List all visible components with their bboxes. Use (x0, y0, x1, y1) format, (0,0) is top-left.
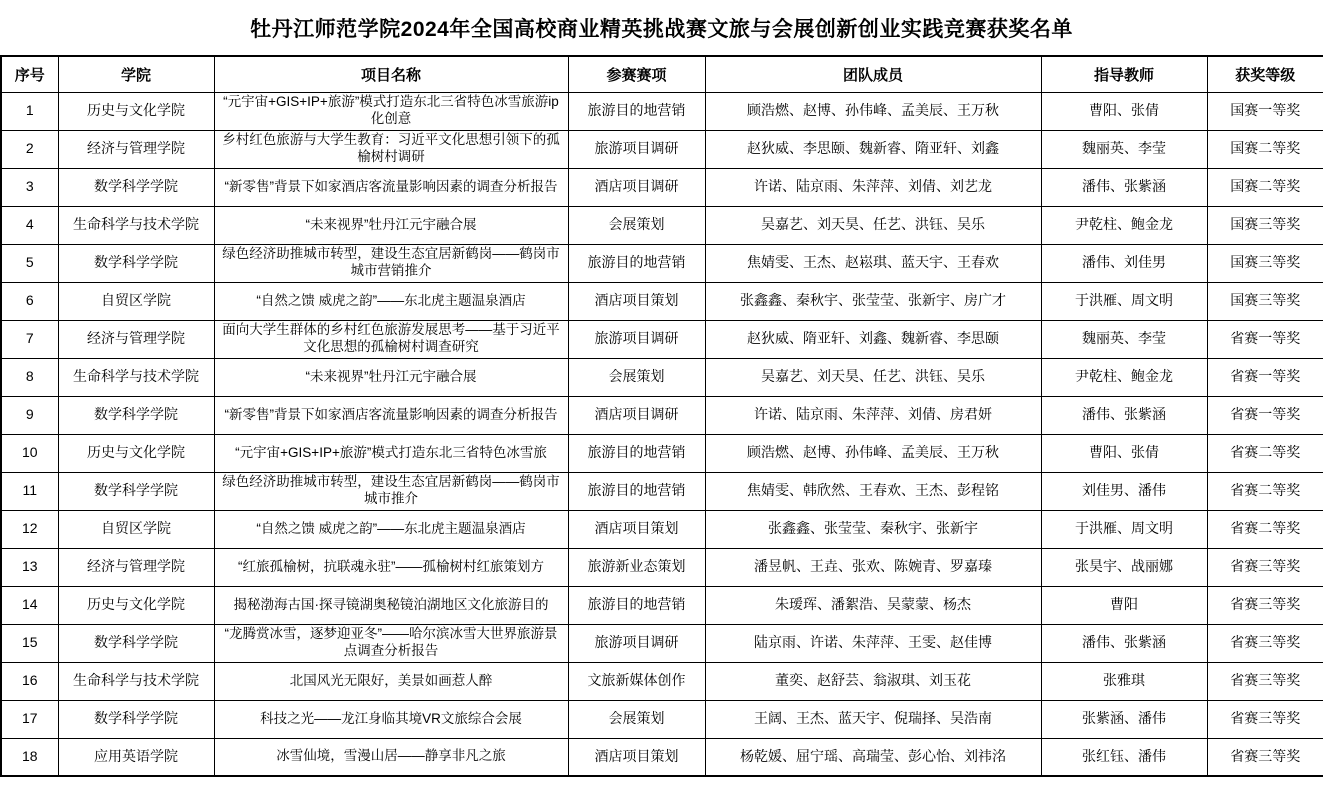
cell-members: 吴嘉艺、刘天昊、任艺、洪钰、吴乐 (705, 358, 1041, 396)
cell-members: 陆京雨、许诺、朱萍萍、王雯、赵佳博 (705, 624, 1041, 662)
cell-event: 旅游目的地营销 (568, 434, 705, 472)
cell-no: 13 (1, 548, 58, 586)
table-row: 1 历史与文化学院 “元宇宙+GIS+IP+旅游”模式打造东北三省特色冰雪旅游i… (1, 92, 1323, 130)
cell-no: 2 (1, 130, 58, 168)
cell-advisors: 张雅琪 (1041, 662, 1207, 700)
cell-members: 董奕、赵舒芸、翁淑琪、刘玉花 (705, 662, 1041, 700)
table-body: 1 历史与文化学院 “元宇宙+GIS+IP+旅游”模式打造东北三省特色冰雪旅游i… (1, 92, 1323, 776)
cell-no: 18 (1, 738, 58, 776)
page-title: 牡丹江师范学院2024年全国高校商业精英挑战赛文旅与会展创新创业实践竞赛获奖名单 (0, 0, 1323, 55)
cell-event: 酒店项目策划 (568, 738, 705, 776)
cell-event: 旅游目的地营销 (568, 92, 705, 130)
cell-project: “自然之馈 威虎之韵”——东北虎主题温泉酒店 (214, 510, 568, 548)
column-header-college: 学院 (58, 56, 214, 92)
table-row: 15 数学科学学院 “龙腾赏冰雪，逐梦迎亚冬”——哈尔滨冰雪大世界旅游景点调查分… (1, 624, 1323, 662)
cell-advisors: 魏丽英、李莹 (1041, 320, 1207, 358)
cell-advisors: 尹乾柱、鲍金龙 (1041, 206, 1207, 244)
cell-project: 揭秘渤海古国·探寻镜湖奥秘镜泊湖地区文化旅游目的 (214, 586, 568, 624)
cell-college: 数学科学学院 (58, 700, 214, 738)
table-row: 13 经济与管理学院 “红旅孤榆树，抗联魂永驻”——孤榆树村红旅策划方 旅游新业… (1, 548, 1323, 586)
cell-advisors: 潘伟、张紫涵 (1041, 168, 1207, 206)
cell-advisors: 魏丽英、李莹 (1041, 130, 1207, 168)
cell-no: 9 (1, 396, 58, 434)
table-row: 14 历史与文化学院 揭秘渤海古国·探寻镜湖奥秘镜泊湖地区文化旅游目的 旅游目的… (1, 586, 1323, 624)
cell-project: 绿色经济助推城市转型，建设生态宜居新鹤岗——鹤岗市城市推介 (214, 472, 568, 510)
cell-advisors: 曹阳、张倩 (1041, 92, 1207, 130)
cell-advisors: 曹阳、张倩 (1041, 434, 1207, 472)
table-row: 18 应用英语学院 冰雪仙境，雪漫山居——静享非凡之旅 酒店项目策划 杨乾媛、屈… (1, 738, 1323, 776)
cell-award: 国赛三等奖 (1207, 244, 1323, 282)
cell-award: 省赛三等奖 (1207, 548, 1323, 586)
cell-advisors: 曹阳 (1041, 586, 1207, 624)
cell-no: 3 (1, 168, 58, 206)
cell-members: 顾浩燃、赵博、孙伟峰、孟美辰、王万秋 (705, 434, 1041, 472)
table-row: 7 经济与管理学院 面向大学生群体的乡村红色旅游发展思考——基于习近平文化思想的… (1, 320, 1323, 358)
table-row: 10 历史与文化学院 “元宇宙+GIS+IP+旅游”模式打造东北三省特色冰雪旅 … (1, 434, 1323, 472)
cell-award: 国赛三等奖 (1207, 282, 1323, 320)
cell-project: “自然之馈 威虎之韵”——东北虎主题温泉酒店 (214, 282, 568, 320)
cell-college: 数学科学学院 (58, 396, 214, 434)
cell-event: 酒店项目调研 (568, 168, 705, 206)
cell-no: 12 (1, 510, 58, 548)
cell-no: 15 (1, 624, 58, 662)
cell-college: 历史与文化学院 (58, 92, 214, 130)
cell-college: 经济与管理学院 (58, 320, 214, 358)
table-row: 4 生命科学与技术学院 “未来视界”牡丹江元宇融合展 会展策划 吴嘉艺、刘天昊、… (1, 206, 1323, 244)
cell-award: 省赛一等奖 (1207, 358, 1323, 396)
column-header-advisors: 指导教师 (1041, 56, 1207, 92)
cell-advisors: 于洪雁、周文明 (1041, 510, 1207, 548)
cell-award: 国赛二等奖 (1207, 130, 1323, 168)
cell-advisors: 尹乾柱、鲍金龙 (1041, 358, 1207, 396)
table-row: 11 数学科学学院 绿色经济助推城市转型，建设生态宜居新鹤岗——鹤岗市城市推介 … (1, 472, 1323, 510)
cell-members: 赵狄威、李思颐、魏新睿、隋亚轩、刘鑫 (705, 130, 1041, 168)
page: 牡丹江师范学院2024年全国高校商业精英挑战赛文旅与会展创新创业实践竞赛获奖名单… (0, 0, 1323, 777)
cell-no: 8 (1, 358, 58, 396)
cell-event: 旅游新业态策划 (568, 548, 705, 586)
cell-members: 张鑫鑫、秦秋宇、张莹莹、张新宇、房广才 (705, 282, 1041, 320)
cell-project: “元宇宙+GIS+IP+旅游”模式打造东北三省特色冰雪旅 (214, 434, 568, 472)
cell-project: “龙腾赏冰雪，逐梦迎亚冬”——哈尔滨冰雪大世界旅游景点调查分析报告 (214, 624, 568, 662)
cell-college: 数学科学学院 (58, 168, 214, 206)
cell-event: 旅游项目调研 (568, 130, 705, 168)
cell-event: 旅游项目调研 (568, 320, 705, 358)
cell-college: 历史与文化学院 (58, 586, 214, 624)
cell-project: 冰雪仙境，雪漫山居——静享非凡之旅 (214, 738, 568, 776)
column-header-project: 项目名称 (214, 56, 568, 92)
cell-event: 旅游目的地营销 (568, 586, 705, 624)
table-row: 16 生命科学与技术学院 北国风光无限好，美景如画惹人醉 文旅新媒体创作 董奕、… (1, 662, 1323, 700)
cell-project: “未来视界”牡丹江元宇融合展 (214, 206, 568, 244)
cell-project: “元宇宙+GIS+IP+旅游”模式打造东北三省特色冰雪旅游ip化创意 (214, 92, 568, 130)
cell-advisors: 刘佳男、潘伟 (1041, 472, 1207, 510)
cell-members: 顾浩燃、赵博、孙伟峰、孟美辰、王万秋 (705, 92, 1041, 130)
cell-event: 会展策划 (568, 358, 705, 396)
table-row: 12 自贸区学院 “自然之馈 威虎之韵”——东北虎主题温泉酒店 酒店项目策划 张… (1, 510, 1323, 548)
cell-college: 应用英语学院 (58, 738, 214, 776)
cell-project: “红旅孤榆树，抗联魂永驻”——孤榆树村红旅策划方 (214, 548, 568, 586)
column-header-event: 参赛赛项 (568, 56, 705, 92)
cell-award: 国赛二等奖 (1207, 168, 1323, 206)
cell-members: 许诺、陆京雨、朱萍萍、刘倩、房君妍 (705, 396, 1041, 434)
awards-table: 序号 学院 项目名称 参赛赛项 团队成员 指导教师 获奖等级 1 历史与文化学院… (0, 55, 1323, 777)
cell-college: 生命科学与技术学院 (58, 662, 214, 700)
cell-college: 数学科学学院 (58, 624, 214, 662)
cell-event: 会展策划 (568, 206, 705, 244)
cell-project: 科技之光——龙江身临其境VR文旅综合会展 (214, 700, 568, 738)
cell-no: 10 (1, 434, 58, 472)
table-row: 9 数学科学学院 “新零售”背景下如家酒店客流量影响因素的调查分析报告 酒店项目… (1, 396, 1323, 434)
cell-award: 省赛三等奖 (1207, 700, 1323, 738)
cell-award: 省赛二等奖 (1207, 472, 1323, 510)
cell-advisors: 潘伟、张紫涵 (1041, 396, 1207, 434)
cell-college: 经济与管理学院 (58, 130, 214, 168)
cell-project: 绿色经济助推城市转型，建设生态宜居新鹤岗——鹤岗市城市营销推介 (214, 244, 568, 282)
cell-project: “未来视界”牡丹江元宇融合展 (214, 358, 568, 396)
cell-award: 省赛一等奖 (1207, 396, 1323, 434)
cell-advisors: 张紫涵、潘伟 (1041, 700, 1207, 738)
table-row: 6 自贸区学院 “自然之馈 威虎之韵”——东北虎主题温泉酒店 酒店项目策划 张鑫… (1, 282, 1323, 320)
cell-no: 16 (1, 662, 58, 700)
cell-college: 自贸区学院 (58, 282, 214, 320)
cell-college: 自贸区学院 (58, 510, 214, 548)
cell-no: 11 (1, 472, 58, 510)
cell-no: 14 (1, 586, 58, 624)
cell-event: 酒店项目调研 (568, 396, 705, 434)
cell-event: 文旅新媒体创作 (568, 662, 705, 700)
cell-event: 酒店项目策划 (568, 282, 705, 320)
cell-college: 数学科学学院 (58, 244, 214, 282)
cell-college: 生命科学与技术学院 (58, 206, 214, 244)
cell-project: “新零售”背景下如家酒店客流量影响因素的调查分析报告 (214, 168, 568, 206)
table-row: 8 生命科学与技术学院 “未来视界”牡丹江元宇融合展 会展策划 吴嘉艺、刘天昊、… (1, 358, 1323, 396)
cell-award: 省赛三等奖 (1207, 624, 1323, 662)
cell-members: 张鑫鑫、张莹莹、秦秋宇、张新宇 (705, 510, 1041, 548)
table-row: 5 数学科学学院 绿色经济助推城市转型，建设生态宜居新鹤岗——鹤岗市城市营销推介… (1, 244, 1323, 282)
cell-members: 赵狄威、隋亚轩、刘鑫、魏新睿、李思颐 (705, 320, 1041, 358)
cell-award: 省赛三等奖 (1207, 586, 1323, 624)
cell-award: 国赛三等奖 (1207, 206, 1323, 244)
cell-award: 省赛二等奖 (1207, 434, 1323, 472)
column-header-no: 序号 (1, 56, 58, 92)
cell-advisors: 张昊宇、战丽娜 (1041, 548, 1207, 586)
cell-members: 许诺、陆京雨、朱萍萍、刘倩、刘艺龙 (705, 168, 1041, 206)
cell-award: 省赛一等奖 (1207, 320, 1323, 358)
cell-no: 6 (1, 282, 58, 320)
cell-no: 1 (1, 92, 58, 130)
cell-project: “新零售”背景下如家酒店客流量影响因素的调查分析报告 (214, 396, 568, 434)
column-header-award: 获奖等级 (1207, 56, 1323, 92)
cell-award: 省赛三等奖 (1207, 662, 1323, 700)
cell-college: 数学科学学院 (58, 472, 214, 510)
table-row: 17 数学科学学院 科技之光——龙江身临其境VR文旅综合会展 会展策划 王阔、王… (1, 700, 1323, 738)
cell-college: 经济与管理学院 (58, 548, 214, 586)
table-header-row: 序号 学院 项目名称 参赛赛项 团队成员 指导教师 获奖等级 (1, 56, 1323, 92)
cell-members: 潘昱帆、王垚、张欢、陈婉青、罗嘉瑧 (705, 548, 1041, 586)
cell-event: 会展策划 (568, 700, 705, 738)
cell-project: 乡村红色旅游与大学生教育：习近平文化思想引领下的孤榆树村调研 (214, 130, 568, 168)
cell-event: 旅游目的地营销 (568, 244, 705, 282)
cell-advisors: 于洪雁、周文明 (1041, 282, 1207, 320)
cell-advisors: 张红钰、潘伟 (1041, 738, 1207, 776)
cell-event: 酒店项目策划 (568, 510, 705, 548)
cell-advisors: 潘伟、刘佳男 (1041, 244, 1207, 282)
cell-no: 7 (1, 320, 58, 358)
cell-advisors: 潘伟、张紫涵 (1041, 624, 1207, 662)
cell-members: 焦婧雯、王杰、赵崧琪、蓝天宇、王春欢 (705, 244, 1041, 282)
cell-no: 17 (1, 700, 58, 738)
cell-award: 省赛三等奖 (1207, 738, 1323, 776)
cell-event: 旅游目的地营销 (568, 472, 705, 510)
column-header-members: 团队成员 (705, 56, 1041, 92)
cell-college: 历史与文化学院 (58, 434, 214, 472)
cell-award: 国赛一等奖 (1207, 92, 1323, 130)
cell-no: 5 (1, 244, 58, 282)
cell-award: 省赛二等奖 (1207, 510, 1323, 548)
cell-no: 4 (1, 206, 58, 244)
cell-members: 王阔、王杰、蓝天宇、倪瑞择、吴浩南 (705, 700, 1041, 738)
cell-college: 生命科学与技术学院 (58, 358, 214, 396)
cell-members: 吴嘉艺、刘天昊、任艺、洪钰、吴乐 (705, 206, 1041, 244)
cell-project: 北国风光无限好，美景如画惹人醉 (214, 662, 568, 700)
cell-project: 面向大学生群体的乡村红色旅游发展思考——基于习近平文化思想的孤榆树村调查研究 (214, 320, 568, 358)
table-row: 3 数学科学学院 “新零售”背景下如家酒店客流量影响因素的调查分析报告 酒店项目… (1, 168, 1323, 206)
cell-members: 焦婧雯、韩欣然、王春欢、王杰、彭程铭 (705, 472, 1041, 510)
cell-members: 杨乾媛、屈宁瑶、高瑞莹、彭心怡、刘祎洺 (705, 738, 1041, 776)
cell-event: 旅游项目调研 (568, 624, 705, 662)
cell-members: 朱瑷珲、潘絮浩、吴蒙蒙、杨杰 (705, 586, 1041, 624)
table-row: 2 经济与管理学院 乡村红色旅游与大学生教育：习近平文化思想引领下的孤榆树村调研… (1, 130, 1323, 168)
